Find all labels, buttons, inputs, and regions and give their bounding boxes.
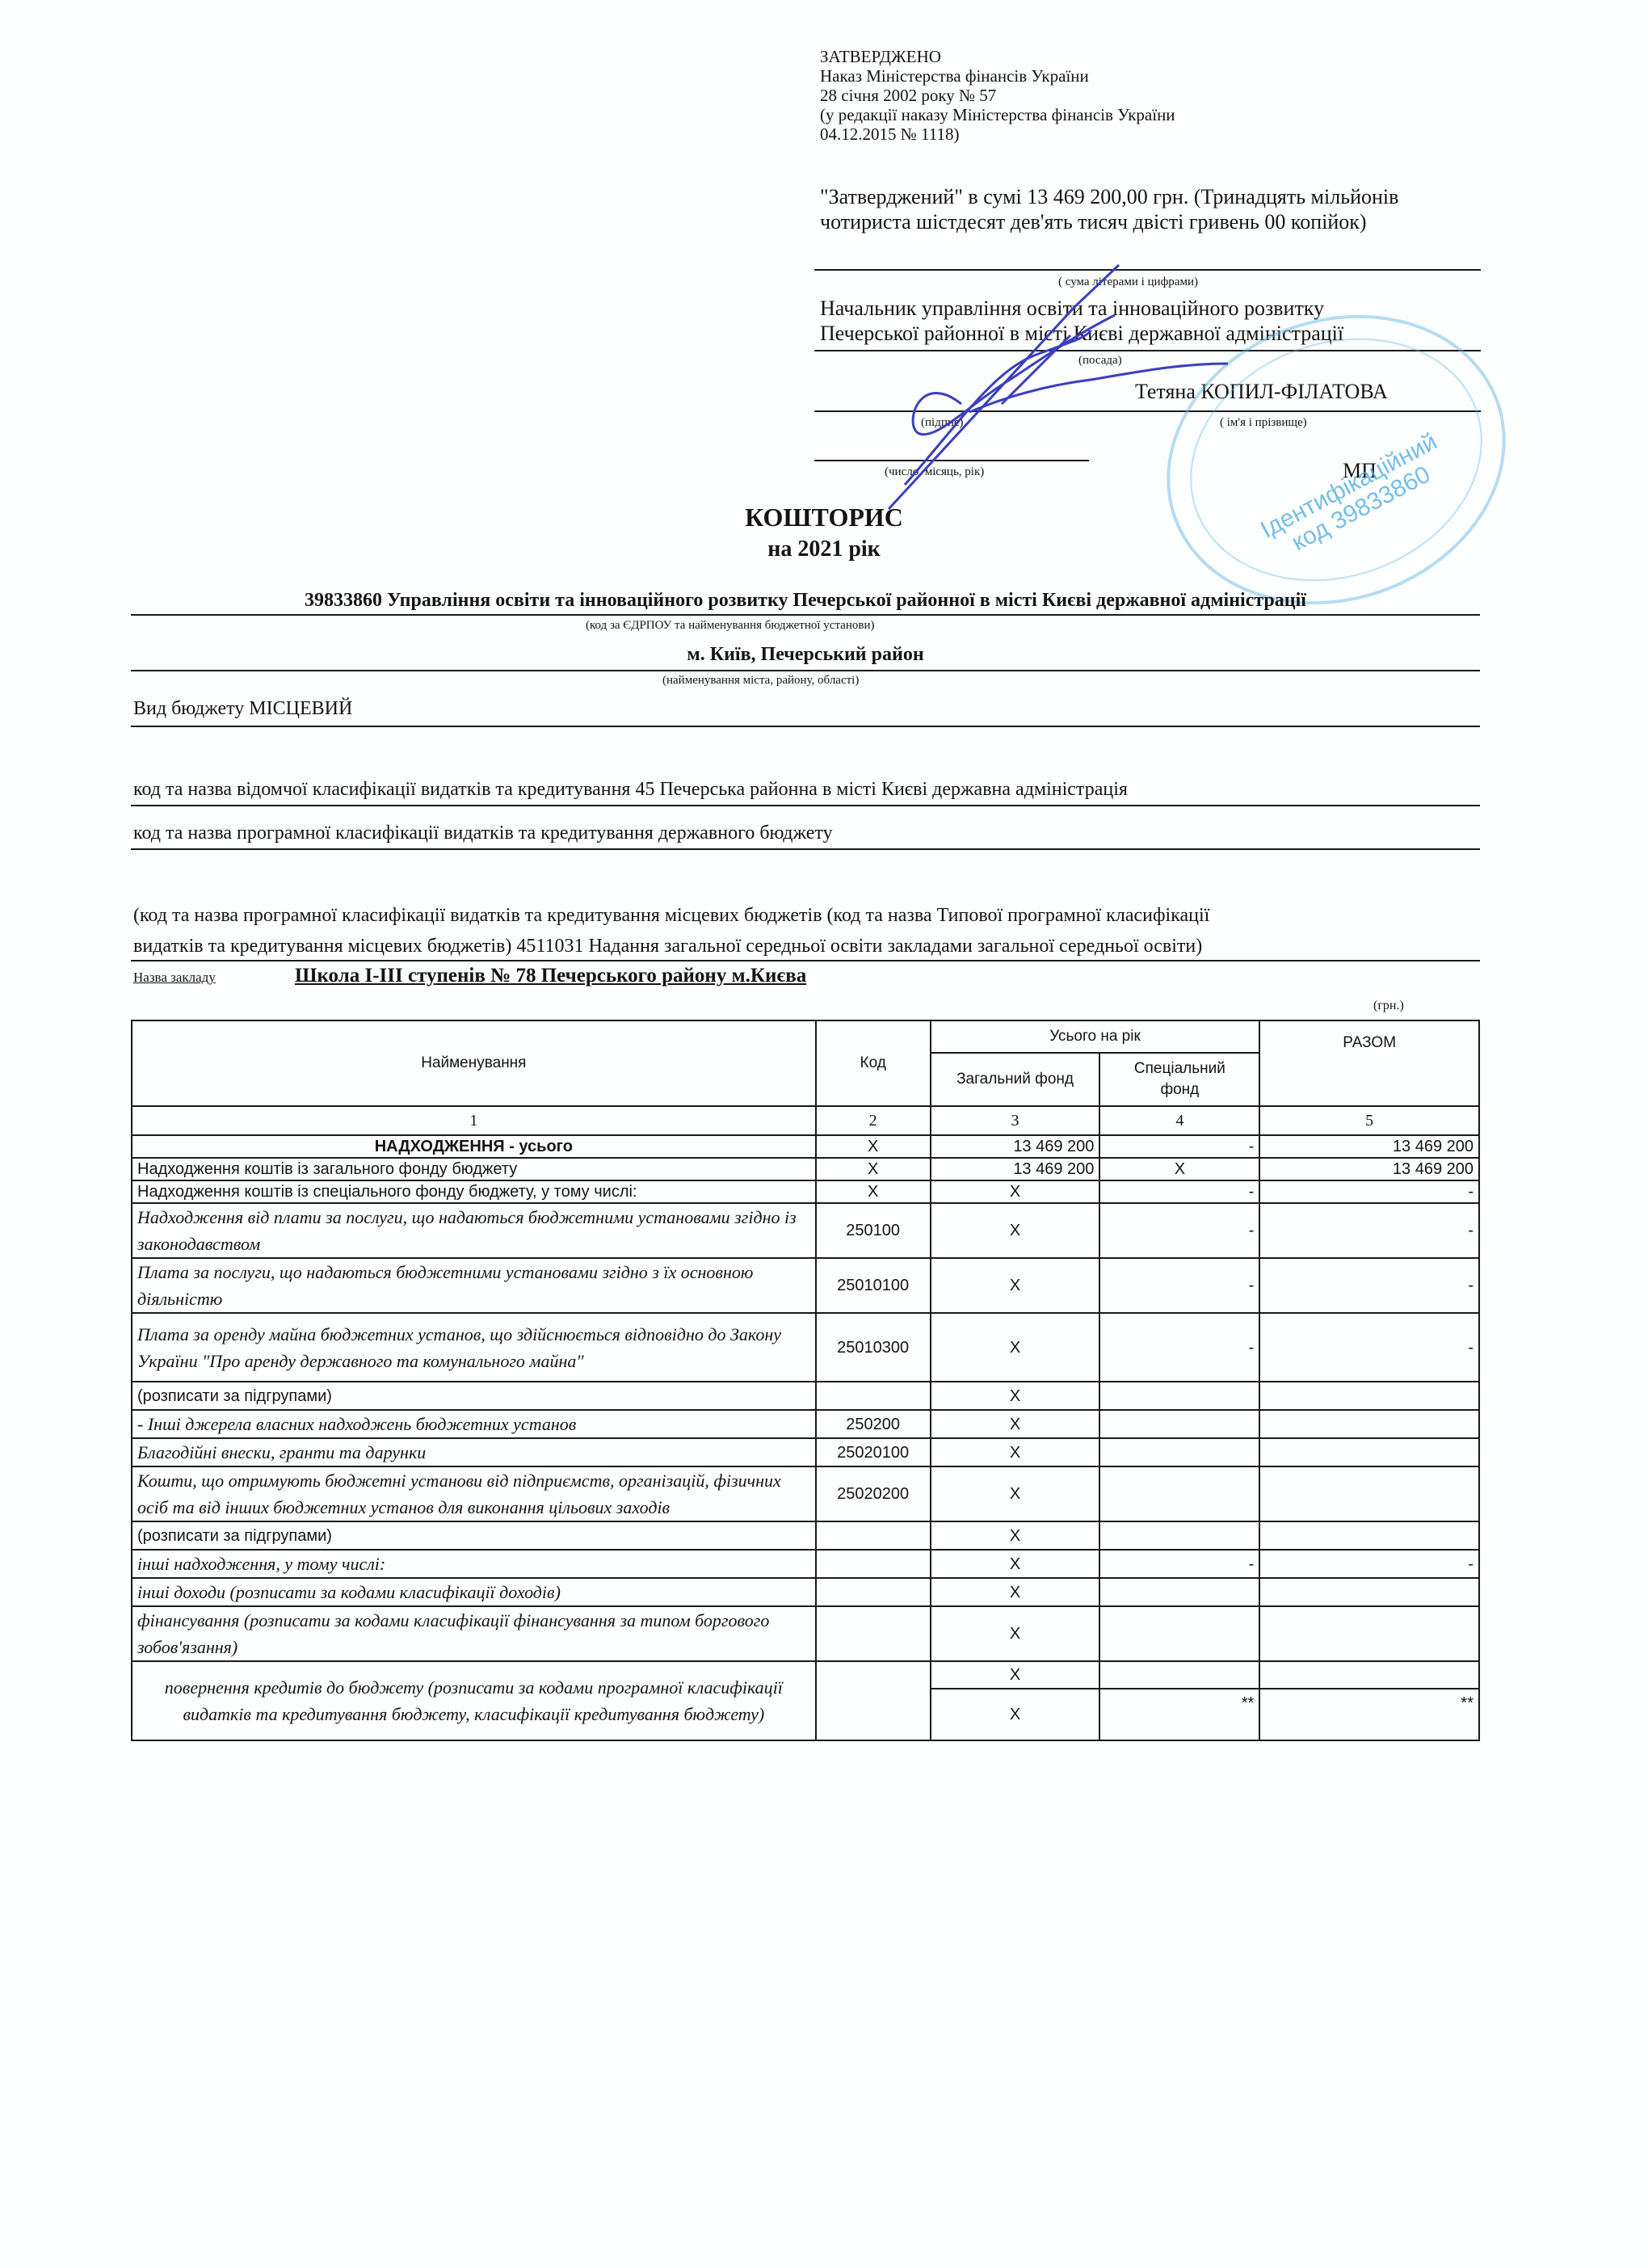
row-general-fund: X: [931, 1550, 1100, 1578]
row-code: [816, 1521, 931, 1550]
approval-block: ЗАТВЕРДЖЕНО Наказ Міністерства фінансів …: [820, 47, 1175, 144]
row-general-fund: X: [931, 1410, 1100, 1438]
facility-name: Школа І-ІІІ ступенів № 78 Печерського ра…: [295, 965, 806, 987]
city-name: м. Київ, Печерський район: [131, 644, 1480, 666]
city-caption: (найменування міста, району, області): [662, 674, 859, 688]
divider: [131, 614, 1480, 616]
row-name: інші доходи (розписати за кодами класифі…: [132, 1578, 816, 1606]
row-name: НАДХОДЖЕННЯ - усього: [132, 1135, 816, 1158]
table-row: повернення кредитів до бюджету (розписат…: [132, 1661, 1479, 1689]
row-code: X: [816, 1180, 931, 1203]
row-total: [1259, 1438, 1479, 1466]
row-special-fund: **: [1099, 1689, 1259, 1740]
table-row: Надходження від плати за послуги, що над…: [132, 1203, 1479, 1258]
table-row: (розписати за підгрупами) X: [132, 1521, 1479, 1550]
row-name: повернення кредитів до бюджету (розписат…: [132, 1661, 816, 1740]
row-special-fund: -: [1099, 1180, 1259, 1203]
row-total: -: [1259, 1313, 1479, 1382]
table-row: Плата за оренду майна бюджетних установ,…: [132, 1313, 1479, 1382]
table-row: Надходження коштів із загального фонду б…: [132, 1158, 1479, 1180]
row-name: Плата за послуги, що надаються бюджетним…: [132, 1258, 816, 1313]
row-special-fund: [1099, 1382, 1259, 1410]
departmental-classification: код та назва відомчої класифікації видат…: [133, 779, 1128, 801]
row-name: (розписати за підгрупами): [132, 1382, 816, 1410]
row-general-fund: 13 469 200: [931, 1158, 1100, 1180]
row-special-fund: X: [1099, 1158, 1259, 1180]
approved-sum: "Затверджений" в сумі 13 469 200,00 грн.…: [820, 184, 1482, 234]
row-code: 25010100: [816, 1258, 931, 1313]
row-name: Благодійні внески, гранти та дарунки: [132, 1438, 816, 1466]
row-special-fund: [1099, 1521, 1259, 1550]
budget-table: Найменування Код Усього на рік РАЗОМ Заг…: [131, 1020, 1480, 1741]
stamp-inner-ring: [1156, 298, 1517, 621]
row-total: [1259, 1578, 1479, 1606]
row-name: Плата за оренду майна бюджетних установ,…: [132, 1313, 816, 1382]
row-code: [816, 1382, 931, 1410]
row-total: [1259, 1410, 1479, 1438]
row-general-fund: X: [931, 1382, 1100, 1410]
col-header-code: Код: [816, 1020, 931, 1106]
row-general-fund: X: [931, 1313, 1100, 1382]
row-total: -: [1259, 1180, 1479, 1203]
budget-type: Вид бюджету МІСЦЕВИЙ: [133, 698, 352, 720]
col-number: 4: [1099, 1106, 1259, 1135]
table-row: інші надходження, у тому числі: X - -: [132, 1550, 1479, 1578]
position-line: Начальник управління освіти та інновацій…: [820, 296, 1343, 321]
row-total: -: [1259, 1203, 1479, 1258]
position-caption: (посада): [1078, 354, 1122, 368]
row-name: Надходження коштів із спеціального фонду…: [132, 1180, 816, 1203]
row-special-fund: -: [1099, 1550, 1259, 1578]
table-row: (розписати за підгрупами) X: [132, 1382, 1479, 1410]
row-name: інші надходження, у тому числі:: [132, 1550, 816, 1578]
row-special-fund: -: [1099, 1313, 1259, 1382]
row-code: 25010300: [816, 1313, 931, 1382]
row-code: [816, 1578, 931, 1606]
row-special-fund: -: [1099, 1135, 1259, 1158]
col-header-name: Найменування: [132, 1020, 816, 1106]
row-special-fund: [1099, 1438, 1259, 1466]
document-year: на 2021 рік: [0, 536, 1648, 562]
date-line: [814, 460, 1089, 461]
row-special-fund: [1099, 1661, 1259, 1689]
row-total: 13 469 200: [1259, 1135, 1479, 1158]
sum-caption: ( сума літерами і цифрами): [1058, 276, 1198, 289]
col-header-total-year: Усього на рік: [931, 1020, 1260, 1053]
row-general-fund: 13 469 200: [931, 1135, 1100, 1158]
row-total: -: [1259, 1258, 1479, 1313]
row-general-fund: X: [931, 1661, 1100, 1689]
row-special-fund: [1099, 1578, 1259, 1606]
program-classification-local-1: (код та назва програмної класифікації ви…: [133, 905, 1209, 927]
row-general-fund: X: [931, 1438, 1100, 1466]
table-row: Кошти, що отримують бюджетні установи ві…: [132, 1466, 1479, 1521]
row-code: [816, 1550, 931, 1578]
row-general-fund: X: [931, 1689, 1100, 1740]
approval-line: Наказ Міністерства фінансів України: [820, 66, 1175, 86]
divider: [131, 670, 1480, 671]
approval-line: 28 січня 2002 року № 57: [820, 86, 1175, 105]
row-code: [816, 1689, 931, 1740]
row-name: Надходження коштів із загального фонду б…: [132, 1158, 816, 1180]
row-general-fund: X: [931, 1606, 1100, 1661]
approval-line: ЗАТВЕРДЖЕНО: [820, 47, 1175, 66]
col-number: 5: [1259, 1106, 1479, 1135]
program-classification-local-2: видатків та кредитування місцевих бюджет…: [133, 936, 1202, 957]
row-code: X: [816, 1158, 931, 1180]
col-header-general-fund: Загальний фонд: [931, 1053, 1100, 1106]
row-code: X: [816, 1135, 931, 1158]
institution-caption: (код за ЄДРПОУ та найменування бюджетної…: [586, 619, 874, 633]
facility-label: Назва закладу: [133, 970, 216, 986]
row-total: -: [1259, 1550, 1479, 1578]
col-number: 1: [132, 1106, 816, 1135]
row-name: фінансування (розписати за кодами класиф…: [132, 1606, 816, 1661]
row-name: (розписати за підгрупами): [132, 1521, 816, 1550]
row-total: [1259, 1661, 1479, 1689]
approval-line: 04.12.2015 № 1118): [820, 124, 1175, 144]
row-total: [1259, 1521, 1479, 1550]
row-code: [816, 1661, 931, 1689]
divider: [131, 848, 1480, 850]
col-header-special-fund: Спеціальний фонд: [1099, 1053, 1259, 1106]
col-number: 2: [816, 1106, 931, 1135]
row-code: 250200: [816, 1410, 931, 1438]
row-general-fund: X: [931, 1180, 1100, 1203]
table-row: - Інші джерела власних надходжень бюджет…: [132, 1410, 1479, 1438]
row-special-fund: [1099, 1410, 1259, 1438]
approval-line: (у редакції наказу Міністерства фінансів…: [820, 105, 1175, 124]
row-total: 13 469 200: [1259, 1158, 1479, 1180]
col-header-sum-total: РАЗОМ: [1259, 1020, 1479, 1106]
table-row: Благодійні внески, гранти та дарунки 250…: [132, 1438, 1479, 1466]
row-code: [816, 1606, 931, 1661]
divider: [131, 805, 1480, 806]
row-code: 250100: [816, 1203, 931, 1258]
row-general-fund: X: [931, 1466, 1100, 1521]
table-row: фінансування (розписати за кодами класиф…: [132, 1606, 1479, 1661]
divider: [131, 726, 1480, 727]
row-general-fund: X: [931, 1521, 1100, 1550]
row-total: [1259, 1466, 1479, 1521]
signature-caption: (підпис): [921, 416, 964, 430]
row-special-fund: [1099, 1606, 1259, 1661]
table-row: інші доходи (розписати за кодами класифі…: [132, 1578, 1479, 1606]
row-name: - Інші джерела власних надходжень бюджет…: [132, 1410, 816, 1438]
program-classification-state: код та назва програмної класифікації вид…: [133, 823, 833, 844]
row-total: [1259, 1382, 1479, 1410]
institution-name: 39833860 Управління освіти та інноваційн…: [131, 590, 1480, 612]
table-row: Плата за послуги, що надаються бюджетним…: [132, 1258, 1479, 1313]
currency-unit: (грн.): [1373, 999, 1404, 1013]
row-code: 25020100: [816, 1438, 931, 1466]
row-name: Кошти, що отримують бюджетні установи ві…: [132, 1466, 816, 1521]
document-title: КОШТОРИС: [0, 503, 1648, 532]
row-total: **: [1259, 1689, 1479, 1740]
divider: [814, 269, 1481, 271]
table-row: НАДХОДЖЕННЯ - усього X 13 469 200 - 13 4…: [132, 1135, 1479, 1158]
row-total: [1259, 1606, 1479, 1661]
date-caption: (число, місяць, рік): [885, 465, 984, 479]
row-general-fund: X: [931, 1258, 1100, 1313]
row-special-fund: [1099, 1466, 1259, 1521]
row-general-fund: X: [931, 1578, 1100, 1606]
row-name: Надходження від плати за послуги, що над…: [132, 1203, 816, 1258]
row-code: 25020200: [816, 1466, 931, 1521]
row-special-fund: -: [1099, 1203, 1259, 1258]
table-row: Надходження коштів із спеціального фонду…: [132, 1180, 1479, 1203]
divider: [131, 960, 1480, 961]
col-number: 3: [931, 1106, 1100, 1135]
row-general-fund: X: [931, 1203, 1100, 1258]
row-special-fund: -: [1099, 1258, 1259, 1313]
